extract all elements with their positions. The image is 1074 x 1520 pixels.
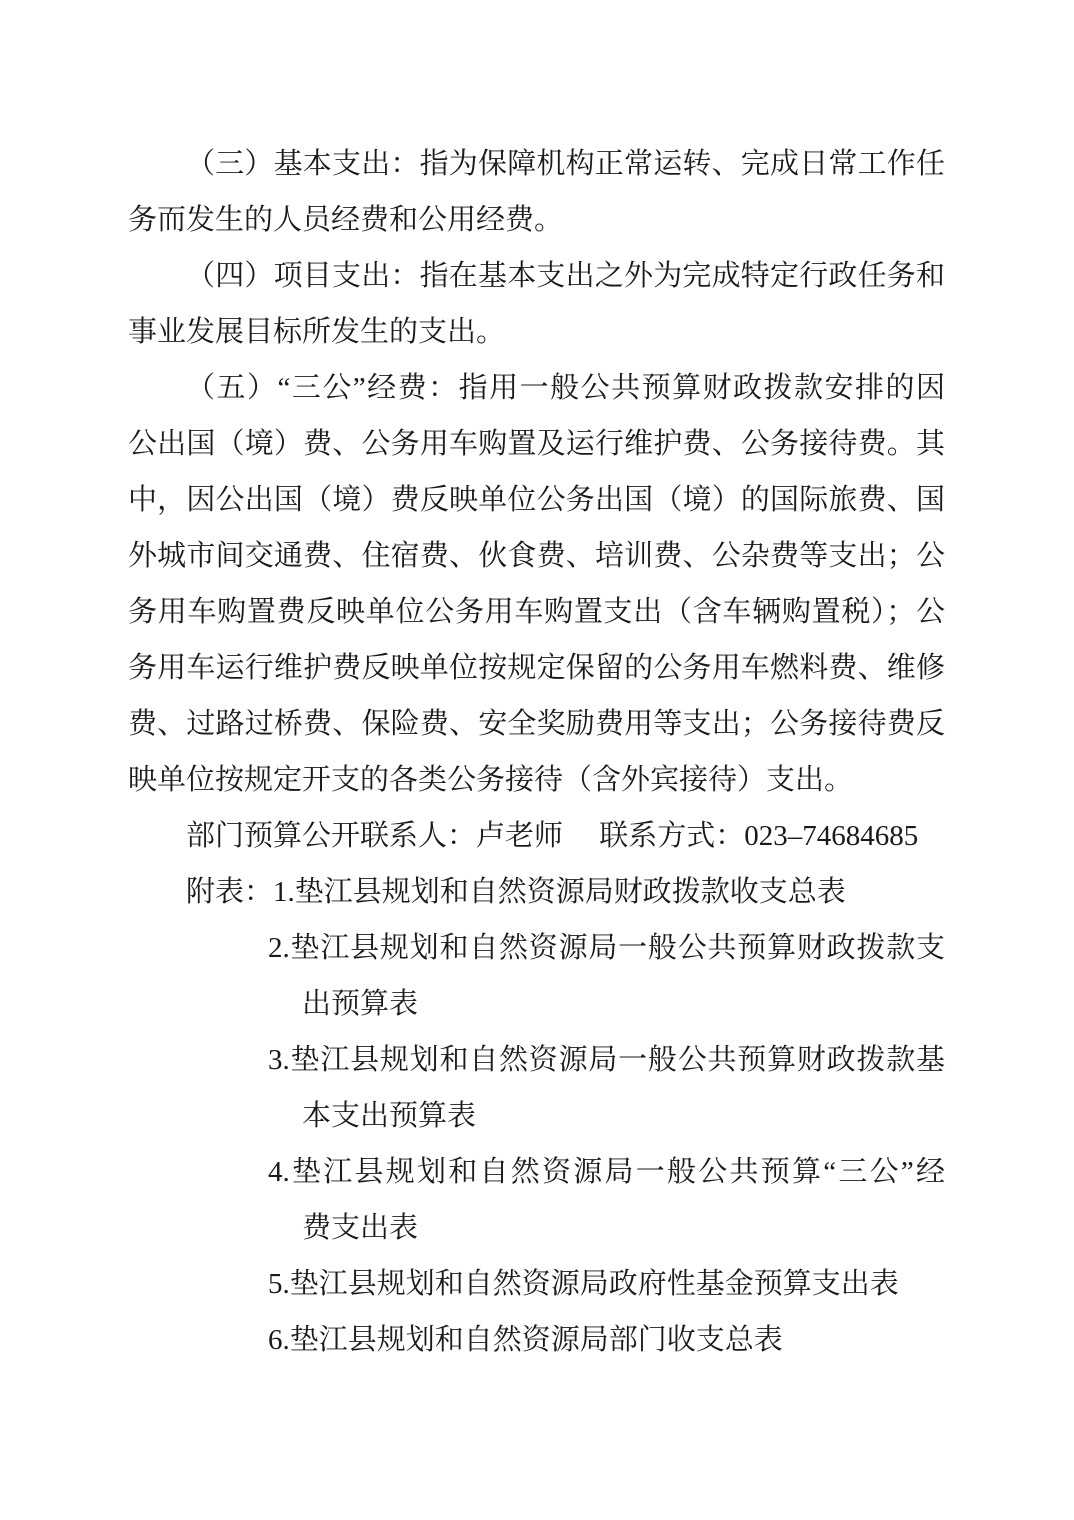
attachment-list-header-line: 附表：1.垫江县规划和自然资源局财政拨款收支总表 <box>128 864 945 920</box>
body-text-line: 务而发生的人员经费和公用经费。 <box>128 192 945 248</box>
body-text-line: 事业发展目标所发生的支出。 <box>128 304 945 360</box>
attachment-item-continuation-line: 费支出表 <box>128 1200 945 1256</box>
attachment-item-continuation-line: 本支出预算表 <box>128 1088 945 1144</box>
body-text-line: 务用车购置费反映单位公务用车购置支出（含车辆购置税）；公 <box>128 584 945 640</box>
attachment-item-line: 2.垫江县规划和自然资源局一般公共预算财政拨款支 <box>128 920 945 976</box>
body-text-line: 公出国（境）费、公务用车购置及运行维护费、公务接待费。其 <box>128 416 945 472</box>
body-text-line: （三）基本支出：指为保障机构正常运转、完成日常工作任 <box>128 136 945 192</box>
body-text-line: 中，因公出国（境）费反映单位公务出国（境）的国际旅费、国 <box>128 472 945 528</box>
body-text-line: （五）“三公”经费：指用一般公共预算财政拨款安排的因 <box>128 360 945 416</box>
attachment-item-line: 5.垫江县规划和自然资源局政府性基金预算支出表 <box>128 1256 945 1312</box>
contact-info-line: 部门预算公开联系人：卢老师 联系方式：023–74684685 <box>128 808 945 864</box>
body-text-line: 外城市间交通费、住宿费、伙食费、培训费、公杂费等支出；公 <box>128 528 945 584</box>
attachment-item-continuation-line: 出预算表 <box>128 976 945 1032</box>
body-text-line: 映单位按规定开支的各类公务接待（含外宾接待）支出。 <box>128 752 945 808</box>
attachment-item-line: 4.垫江县规划和自然资源局一般公共预算“三公”经 <box>128 1144 945 1200</box>
body-text-line: （四）项目支出：指在基本支出之外为完成特定行政任务和 <box>128 248 945 304</box>
attachment-item-line: 6.垫江县规划和自然资源局部门收支总表 <box>128 1312 945 1368</box>
attachment-item-line: 3.垫江县规划和自然资源局一般公共预算财政拨款基 <box>128 1032 945 1088</box>
document-page: （三）基本支出：指为保障机构正常运转、完成日常工作任 务而发生的人员经费和公用经… <box>0 0 1074 1520</box>
body-text-line: 费、过路过桥费、保险费、安全奖励费用等支出；公务接待费反 <box>128 696 945 752</box>
document-text-block: （三）基本支出：指为保障机构正常运转、完成日常工作任 务而发生的人员经费和公用经… <box>128 136 945 1368</box>
body-text-line: 务用车运行维护费反映单位按规定保留的公务用车燃料费、维修 <box>128 640 945 696</box>
